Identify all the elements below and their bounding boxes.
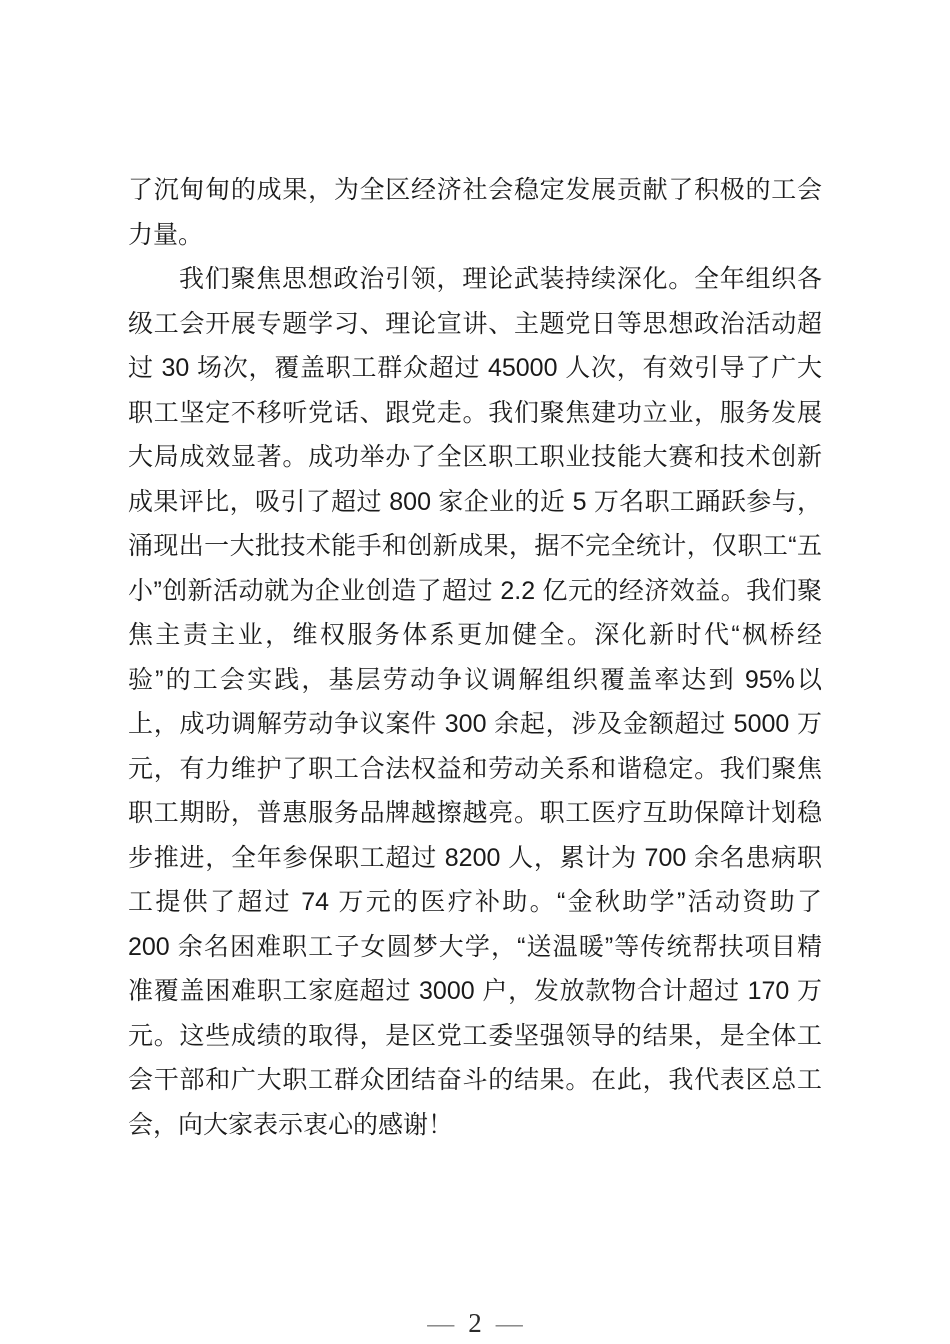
text-line: 准覆盖困难职工家庭超过 3000 户，发放款物合计超过 170 万 bbox=[128, 969, 822, 1014]
body-text: 了沉甸甸的成果，为全区经济社会稳定发展贡献了积极的工会 力量。 我们聚焦思想政治… bbox=[128, 168, 822, 1147]
text-line: 级工会开展专题学习、理论宣讲、主题党日等思想政治活动超 bbox=[128, 302, 822, 347]
page-number: 2 bbox=[468, 1308, 482, 1338]
text-line: 元。这些成绩的取得，是区党工委坚强领导的结果，是全体工 bbox=[128, 1014, 822, 1059]
text-line: 元，有力维护了职工合法权益和劳动关系和谐稳定。我们聚焦 bbox=[128, 747, 822, 792]
text-line: 会干部和广大职工群众团结奋斗的结果。在此，我代表区总工 bbox=[128, 1058, 822, 1103]
text-line: 小”创新活动就为企业创造了超过 2.2 亿元的经济效益。我们聚 bbox=[128, 569, 822, 614]
text-line: 上，成功调解劳动争议案件 300 余起，涉及金额超过 5000 万 bbox=[128, 702, 822, 747]
text-line: 大局成效显著。成功举办了全区职工职业技能大赛和技术创新 bbox=[128, 435, 822, 480]
text-line: 我们聚焦思想政治引领，理论武装持续深化。全年组织各 bbox=[128, 257, 822, 302]
text-line: 步推进，全年参保职工超过 8200 人，累计为 700 余名患病职 bbox=[128, 836, 822, 881]
text-line: 验”的工会实践，基层劳动争议调解组织覆盖率达到 95%以 bbox=[128, 658, 822, 703]
footer-dash-right: — bbox=[496, 1308, 523, 1338]
text-line: 了沉甸甸的成果，为全区经济社会稳定发展贡献了积极的工会 bbox=[128, 168, 822, 213]
text-line: 200 余名困难职工子女圆梦大学，“送温暖”等传统帮扶项目精 bbox=[128, 925, 822, 970]
text-line: 工提供了超过 74 万元的医疗补助。“金秋助学”活动资助了 bbox=[128, 880, 822, 925]
text-line: 焦主责主业，维权服务体系更加健全。深化新时代“枫桥经 bbox=[128, 613, 822, 658]
text-line: 职工坚定不移听党话、跟党走。我们聚焦建功立业，服务发展 bbox=[128, 391, 822, 436]
text-line: 力量。 bbox=[128, 213, 822, 258]
footer-dash-left: — bbox=[427, 1308, 454, 1338]
page-footer: —2— bbox=[0, 1308, 950, 1338]
text-line: 涌现出一大批技术能手和创新成果，据不完全统计，仅职工“五 bbox=[128, 524, 822, 569]
text-line: 过 30 场次，覆盖职工群众超过 45000 人次，有效引导了广大 bbox=[128, 346, 822, 391]
text-line: 成果评比，吸引了超过 800 家企业的近 5 万名职工踊跃参与， bbox=[128, 480, 822, 525]
document-page: 了沉甸甸的成果，为全区经济社会稳定发展贡献了积极的工会 力量。 我们聚焦思想政治… bbox=[0, 0, 950, 1344]
text-line: 职工期盼，普惠服务品牌越擦越亮。职工医疗互助保障计划稳 bbox=[128, 791, 822, 836]
text-line: 会，向大家表示衷心的感谢！ bbox=[128, 1103, 822, 1148]
